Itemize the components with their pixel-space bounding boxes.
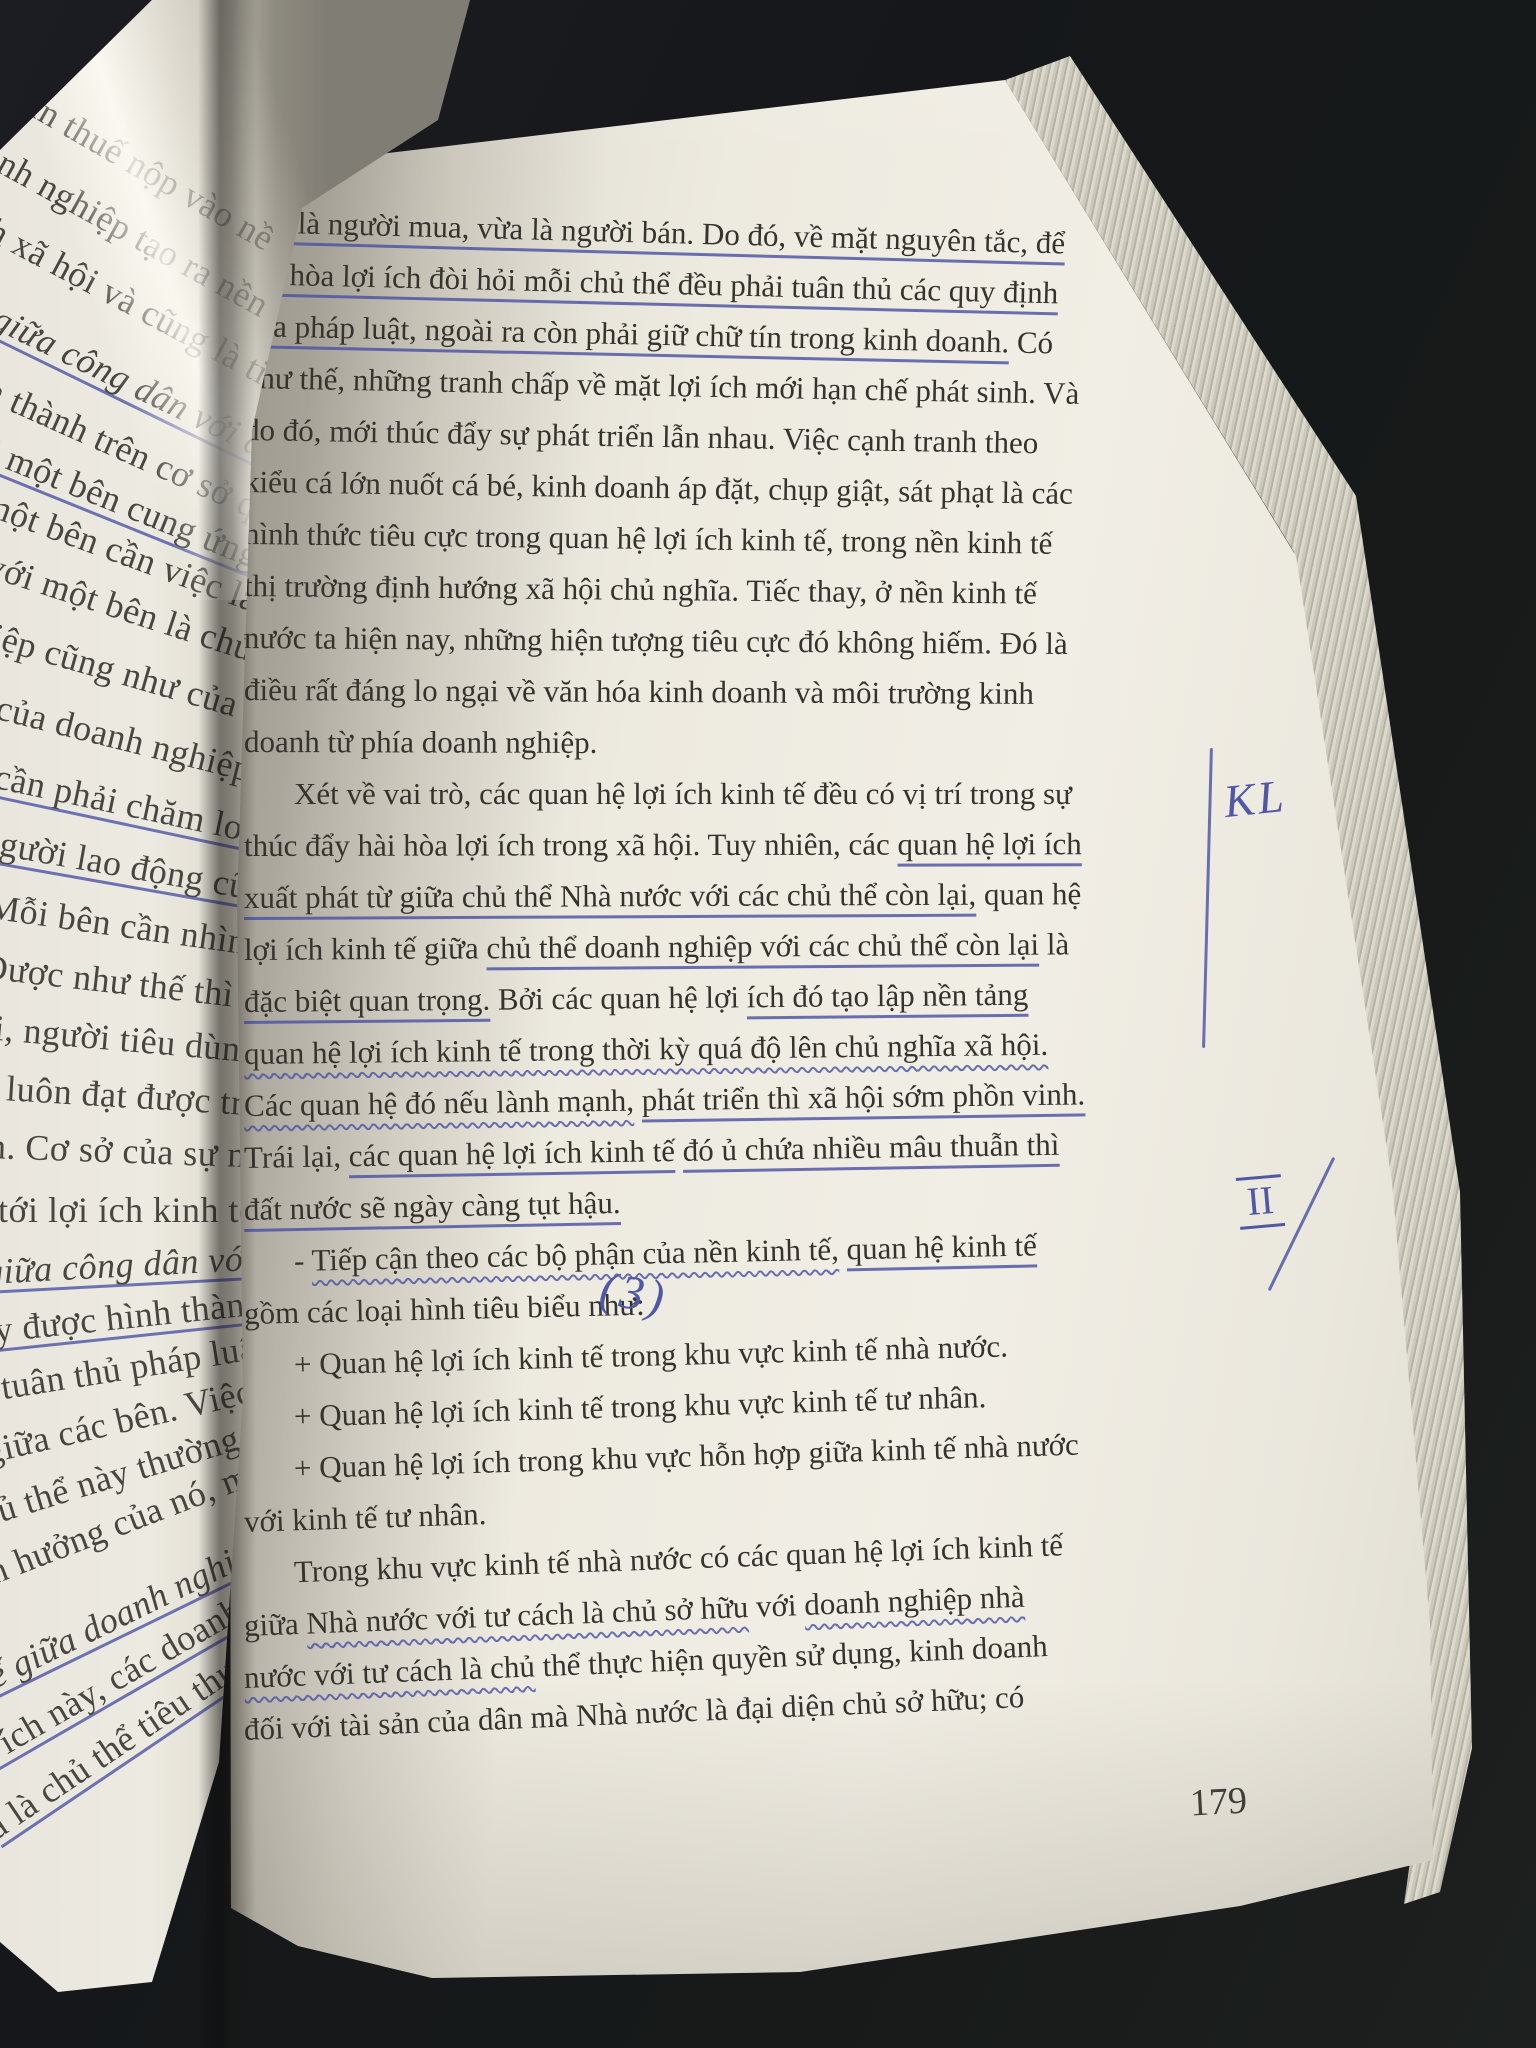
pen-underlined-text: xuất phát từ giữa chủ thể Nhà nước với c… [244,877,976,915]
text-line: xuất phát từ giữa chủ thể Nhà nước với c… [244,868,1204,924]
pen-underlined-text: quan hệ kinh tế [846,1227,1037,1266]
pen-underlined-text: doanh nghiệp nhà [804,1579,1026,1622]
text-block: vừa là người mua, vừa là người bán. Do đ… [244,196,1204,1756]
book-text: giữa [243,1606,307,1643]
book-text: - [294,1243,312,1278]
book-text: gồm các loại hình tiêu biểu như: [244,1287,645,1331]
pen-underlined-text: của pháp luật, ngoài ra còn phải giữ chữ… [244,308,1010,359]
book-text: Xét về vai trò, các quan hệ lợi ích kinh… [294,776,1072,811]
book-text: do đó, mới thúc đẩy sự phát triển lẫn nh… [244,412,1039,460]
pen-underlined-text: Các quan hệ đó nếu lành mạnh, [244,1083,634,1123]
book-text: nước ta hiện nay, những hiện tượng tiêu … [244,620,1068,661]
book-text: hình thức tiêu cực trong quan hệ lợi ích… [244,516,1053,561]
book-photo: vừa là người mua, vừa là người bán. Do đ… [0,0,1536,2048]
pen-underlined-text: đặc biệt quan trọng. [244,982,491,1019]
pen-margin-note-ii: II [1236,1174,1285,1230]
text-line: lợi ích kinh tế giữa chủ thể doanh nghiệ… [244,917,1204,976]
book-text: lợi ích kinh tế giữa [244,930,487,967]
book-text: như thế, những tranh chấp về mặt lợi ích… [244,360,1080,411]
text-line: nước ta hiện nay, những hiện tượng tiêu … [244,612,1204,671]
text-line: điều rất đáng lo ngại về văn hóa kinh do… [244,664,1204,721]
book-text: quan hệ [976,876,1081,911]
page-number: 179 [1189,1779,1248,1826]
book-text: thúc đẩy hài hòa lợi ích trong xã hội. T… [244,827,898,863]
text-line: Xét về vai trò, các quan hệ lợi ích kinh… [244,768,1204,820]
book-text: thị trường định hướng xã hội chủ nghĩa. … [244,568,1037,611]
pen-margin-note-kl: KL [1221,769,1288,828]
pen-underlined-text: nước với tư cách là chủ [243,1648,535,1695]
pen-underlined-text: quan hệ lợi ích [897,826,1081,861]
pen-underlined-text: đất nước sẽ ngày càng tụt hậu. [244,1185,621,1227]
book-text: là [1039,926,1069,961]
book-text: với kinh tế tư nhân. [243,1496,486,1539]
pen-underlined-text: quan hệ lợi ích kinh tế trong thời kỳ qu… [244,1027,1049,1071]
text-line: thị trường định hướng xã hội chủ nghĩa. … [244,560,1204,621]
book-text: Trái lại, [244,1138,349,1175]
pen-underlined-text: các quan hệ lợi ích kinh tế [348,1133,675,1173]
book-text: với [748,1587,805,1624]
text-line: doanh từ phía doanh nghiệp. [244,716,1204,771]
book-text: Bởi các quan hệ lợi [490,979,747,1016]
pen-underlined-text: Nhà nước với tư cách là chủ sở hữu [306,1589,749,1641]
book-text: doanh từ phía doanh nghiệp. [244,724,598,760]
pen-underlined-text: Tiếp cận theo các bộ phận của nền kinh t… [311,1232,839,1278]
text-line: thúc đẩy hài hòa lợi ích trong xã hội. T… [244,818,1204,872]
pen-underlined-text: chủ thể doanh nghiệp với các chủ thể còn… [486,927,1039,966]
pen-underlined-text: ích đó tạo lập nền tảng [747,977,1029,1015]
book-text: kiểu cá lớn nuốt cá bé, kinh doanh áp đặ… [244,464,1073,511]
pen-underlined-text: đó ủ chứa nhiều mâu thuẫn thì [682,1127,1059,1168]
pen-inline-note-3: (3) [596,1261,672,1326]
pen-underlined-text: phát triển thì xã hội sớm phồn vinh. [641,1076,1085,1117]
book-text: điều rất đáng lo ngại về văn hóa kinh do… [244,672,1034,711]
book-text: Có [1009,324,1054,360]
